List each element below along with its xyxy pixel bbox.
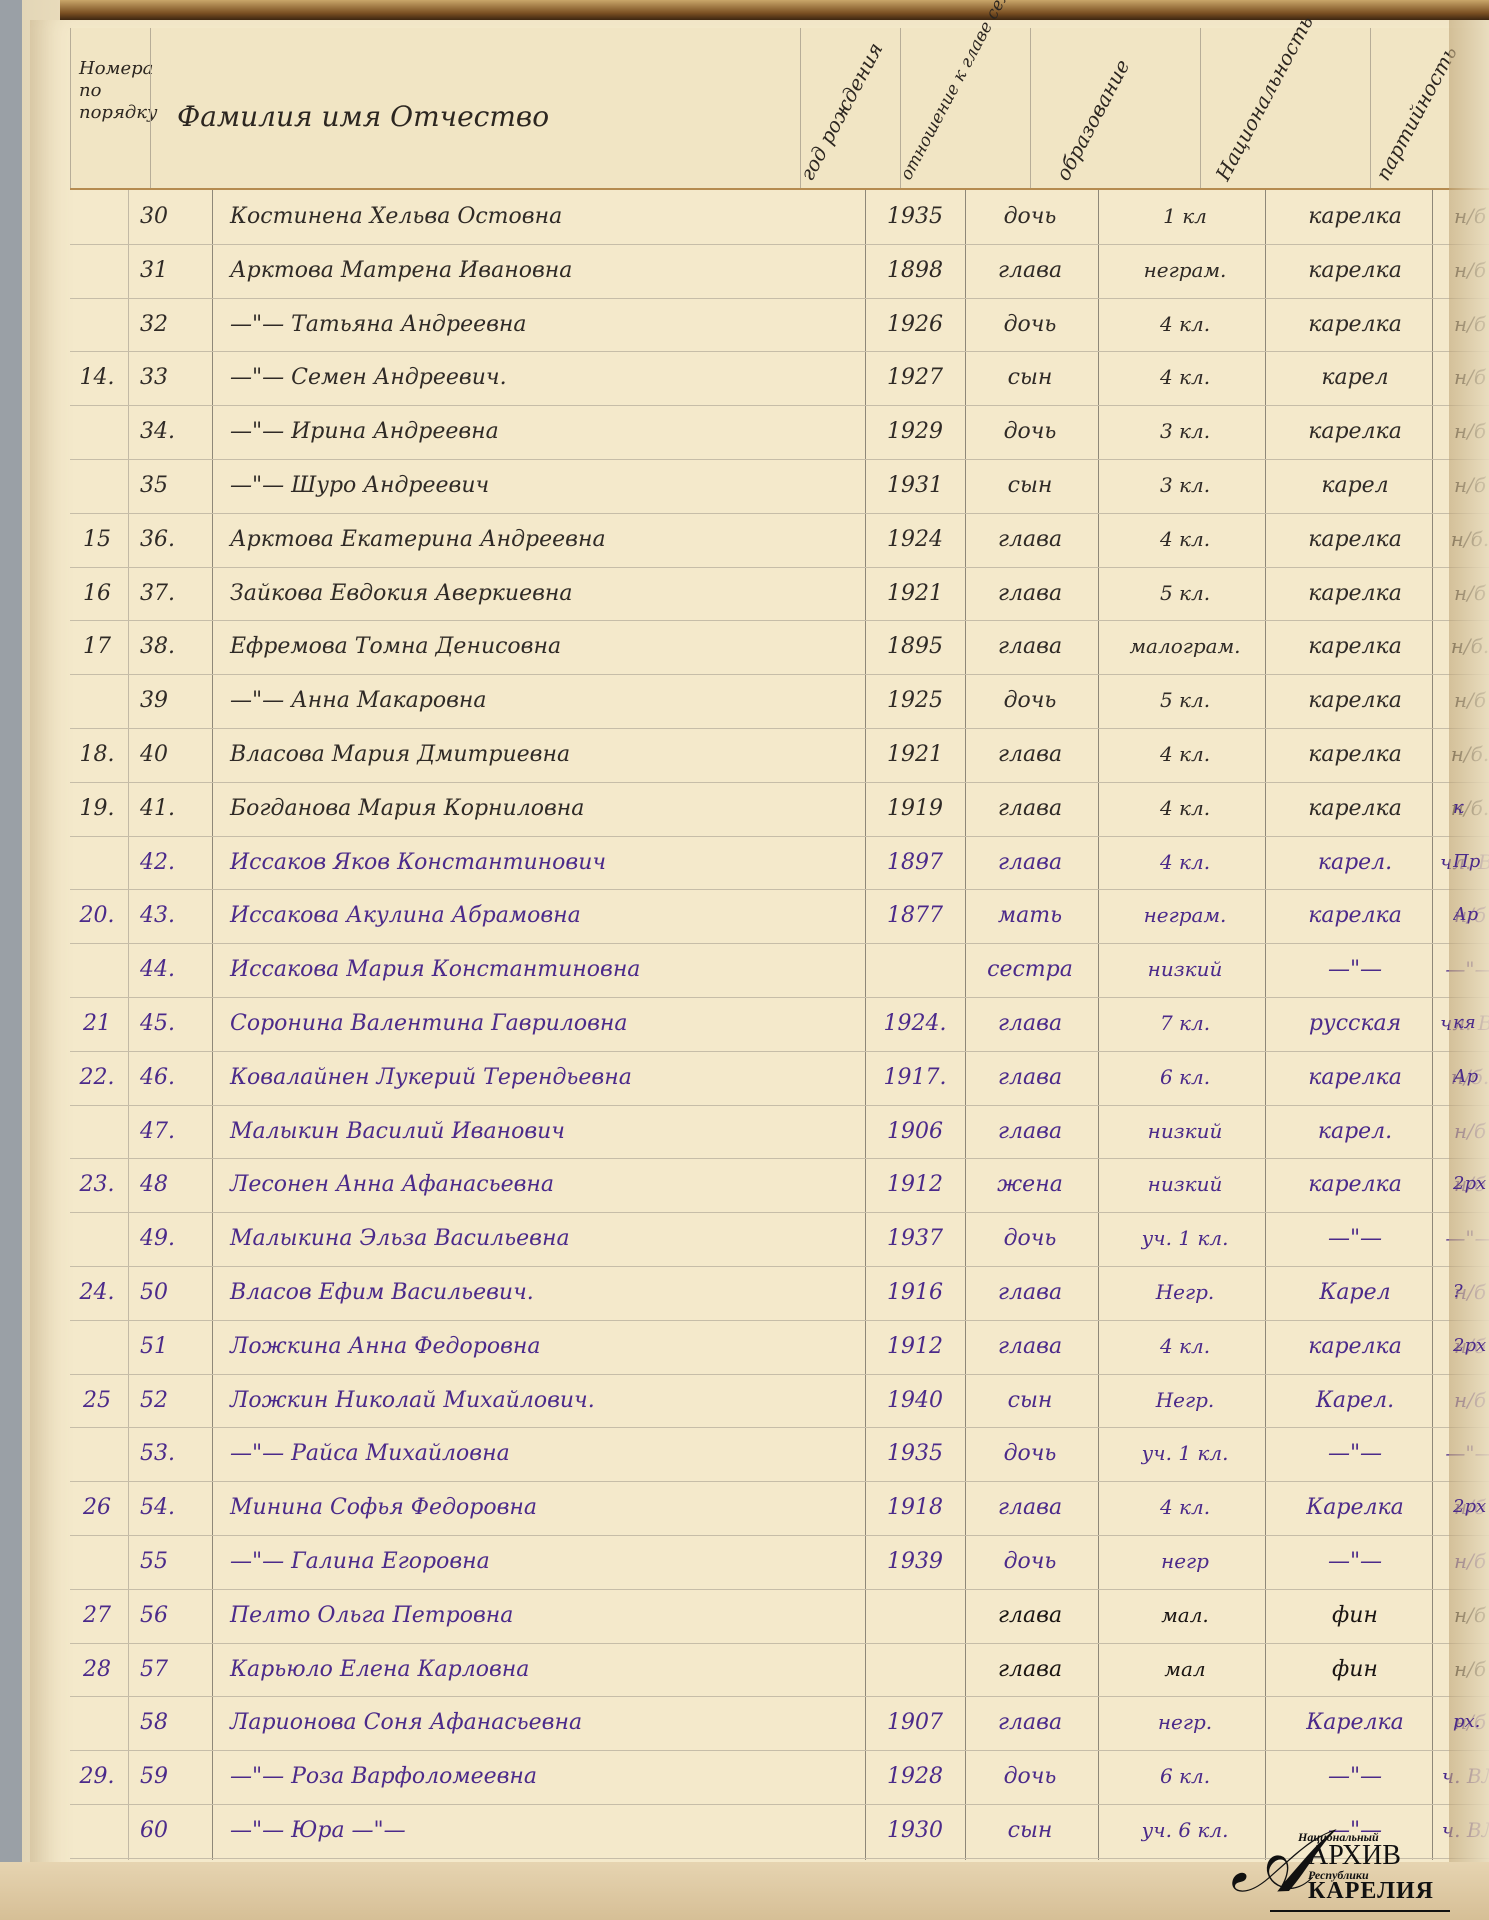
full-name: Ковалайнен Лукерий Терендьевна <box>220 1051 870 1105</box>
education: 4 кл. <box>1100 728 1270 782</box>
full-name: Арктова Екатерина Андреевна <box>220 513 870 567</box>
full-name: —"— Юра —"— <box>220 1804 870 1858</box>
row-number: 36. <box>130 513 210 567</box>
adjacent-page-edge <box>1449 20 1489 1900</box>
table-row: 49.Малыкина Эльза Васильевна1937дочьуч. … <box>70 1212 1489 1267</box>
margin-note: 2рх. <box>1453 1164 1487 1204</box>
margin-count: 18. <box>72 728 122 782</box>
header-education-label: образование <box>1052 56 1134 184</box>
header-name-label: Фамилия имя Отчество <box>177 106 549 128</box>
relation-to-head: жена <box>970 1158 1090 1212</box>
full-name: Власова Мария Дмитриевна <box>220 728 870 782</box>
table-row: 47.Малыкин Василий Иванович1906главанизк… <box>70 1105 1489 1160</box>
margin-count: 15 <box>72 513 122 567</box>
row-number: 47. <box>130 1105 210 1159</box>
full-name: —"— Роза Варфоломеевна <box>220 1750 870 1804</box>
full-name: Зайкова Евдокия Аверкиевна <box>220 567 870 621</box>
row-number: 57 <box>130 1643 210 1697</box>
birth-year: 1919 <box>870 782 960 836</box>
nationality: карелка <box>1270 513 1440 567</box>
margin-count: 23. <box>72 1158 122 1212</box>
row-number: 39 <box>130 674 210 728</box>
table-header: Номера по порядку Фамилия имя Отчество г… <box>70 28 1489 190</box>
relation-to-head: дочь <box>970 1212 1090 1266</box>
table-row: 20.43.Иссакова Акулина Абрамовна1877мать… <box>70 889 1489 944</box>
education: негр <box>1100 1535 1270 1589</box>
row-number: 30 <box>130 190 210 244</box>
education: малограм. <box>1100 620 1270 674</box>
archive-logo-icon: 𝒜 <box>1230 1812 1313 1914</box>
nationality: Карелка <box>1270 1696 1440 1750</box>
margin-note: рх. <box>1453 1702 1487 1742</box>
table-row: 2756Пелто Ольга Петровнаглавамал.финн/б <box>70 1589 1489 1644</box>
full-name: Иссакова Мария Константиновна <box>220 943 870 997</box>
education: 4 кл. <box>1100 351 1270 405</box>
education: мал <box>1100 1643 1270 1697</box>
margin-count <box>72 459 122 513</box>
birth-year: 1929 <box>870 405 960 459</box>
birth-year: 1895 <box>870 620 960 674</box>
margin-count <box>72 674 122 728</box>
margin-note: ? <box>1453 1272 1487 1312</box>
relation-to-head: дочь <box>970 405 1090 459</box>
margin-count <box>72 1427 122 1481</box>
education: 4 кл. <box>1100 513 1270 567</box>
margin-count: 21 <box>72 997 122 1051</box>
nationality: Карелка <box>1270 1481 1440 1535</box>
relation-to-head: мать <box>970 889 1090 943</box>
relation-to-head: сын <box>970 459 1090 513</box>
row-number: 52 <box>130 1374 210 1428</box>
birth-year: 1925 <box>870 674 960 728</box>
relation-to-head: сестра <box>970 943 1090 997</box>
full-name: Малыкина Эльза Васильевна <box>220 1212 870 1266</box>
birth-year: 1924 <box>870 513 960 567</box>
nationality: карелка <box>1270 244 1440 298</box>
table-row: 1738.Ефремова Томна Денисовна1895главама… <box>70 620 1489 675</box>
nationality: карел. <box>1270 1105 1440 1159</box>
row-number: 59 <box>130 1750 210 1804</box>
full-name: Иссакова Акулина Абрамовна <box>220 889 870 943</box>
birth-year: 1921 <box>870 728 960 782</box>
birth-year: 1916 <box>870 1266 960 1320</box>
education: 5 кл. <box>1100 567 1270 621</box>
full-name: Ефремова Томна Денисовна <box>220 620 870 674</box>
table-row: 51Ложкина Анна Федоровна1912глава4 кл.ка… <box>70 1320 1489 1375</box>
full-name: —"— Райса Михайловна <box>220 1427 870 1481</box>
nationality: карелка <box>1270 1320 1440 1374</box>
nationality: карелка <box>1270 298 1440 352</box>
birth-year: 1931 <box>870 459 960 513</box>
birth-year: 1912 <box>870 1320 960 1374</box>
table-row: 55—"— Галина Егоровна1939дочьнегр—"—н/б <box>70 1535 1489 1590</box>
margin-note: Ар <box>1453 1057 1487 1097</box>
relation-to-head: глава <box>970 244 1090 298</box>
row-number: 50 <box>130 1266 210 1320</box>
full-name: —"— Ирина Андреевна <box>220 405 870 459</box>
header-education: образование <box>1030 28 1201 188</box>
row-number: 44. <box>130 943 210 997</box>
education: 4 кл. <box>1100 1481 1270 1535</box>
birth-year: 1924. <box>870 997 960 1051</box>
table-row: 24.50Власов Ефим Васильевич.1916главаНег… <box>70 1266 1489 1321</box>
table-row: 29.59—"— Роза Варфоломеевна1928дочь6 кл.… <box>70 1750 1489 1805</box>
education: 3 кл. <box>1100 405 1270 459</box>
birth-year: 1937 <box>870 1212 960 1266</box>
table-row: 18.40Власова Мария Дмитриевна1921глава4 … <box>70 728 1489 783</box>
margin-count <box>72 1804 122 1858</box>
row-number: 34. <box>130 405 210 459</box>
birth-year: 1926 <box>870 298 960 352</box>
table-row: 58Ларионова Соня Афанасьевна1907главанег… <box>70 1696 1489 1751</box>
birth-year: 1898 <box>870 244 960 298</box>
table-row: 19.41.Богданова Мария Корниловна1919глав… <box>70 782 1489 837</box>
education: 4 кл. <box>1100 836 1270 890</box>
relation-to-head: сын <box>970 1374 1090 1428</box>
birth-year: 1928 <box>870 1750 960 1804</box>
table-row: 23.48Лесонен Анна Афанасьевна1912женаниз… <box>70 1158 1489 1213</box>
nationality: карел <box>1270 459 1440 513</box>
row-number: 33 <box>130 351 210 405</box>
birth-year: 1939 <box>870 1535 960 1589</box>
birth-year: 1921 <box>870 567 960 621</box>
row-number: 35 <box>130 459 210 513</box>
register-table: 30Костинена Хельва Остовна1935дочь1 клка… <box>70 190 1489 1860</box>
margin-count: 28 <box>72 1643 122 1697</box>
relation-to-head: дочь <box>970 674 1090 728</box>
header-relation: отношение к главе семьи <box>900 28 1031 188</box>
row-number: 43. <box>130 889 210 943</box>
margin-count: 27 <box>72 1589 122 1643</box>
relation-to-head: глава <box>970 1643 1090 1697</box>
birth-year: 1917. <box>870 1051 960 1105</box>
table-row: 2654.Минина Софья Федоровна1918глава4 кл… <box>70 1481 1489 1536</box>
full-name: Лесонен Анна Афанасьевна <box>220 1158 870 1212</box>
full-name: —"— Анна Макаровна <box>220 674 870 728</box>
header-year: год рождения <box>800 28 901 188</box>
nationality: карелка <box>1270 728 1440 782</box>
nationality: —"— <box>1270 1750 1440 1804</box>
table-row: 1637.Зайкова Евдокия Аверкиевна1921глава… <box>70 567 1489 622</box>
nationality: карелка <box>1270 620 1440 674</box>
nationality: Карел. <box>1270 1374 1440 1428</box>
margin-count: 17 <box>72 620 122 674</box>
relation-to-head: дочь <box>970 1750 1090 1804</box>
margin-count: 22. <box>72 1051 122 1105</box>
birth-year: 1927 <box>870 351 960 405</box>
nationality: карел <box>1270 351 1440 405</box>
birth-year: 1940 <box>870 1374 960 1428</box>
margin-count: 14. <box>72 351 122 405</box>
book-top-edge <box>60 0 1489 22</box>
nationality: —"— <box>1270 943 1440 997</box>
relation-to-head: глава <box>970 1266 1090 1320</box>
margin-note: Пр <box>1453 842 1487 882</box>
margin-count <box>72 1212 122 1266</box>
header-party-label: партийность <box>1372 42 1461 184</box>
relation-to-head: глава <box>970 1051 1090 1105</box>
row-number: 40 <box>130 728 210 782</box>
full-name: —"— Татьяна Андреевна <box>220 298 870 352</box>
table-row: 32—"— Татьяна Андреевна1926дочь4 кл.каре… <box>70 298 1489 353</box>
education: негр. <box>1100 1696 1270 1750</box>
nationality: фин <box>1270 1643 1440 1697</box>
table-row: 2857Карьюло Елена Карловнаглавамалфинн/б <box>70 1643 1489 1698</box>
relation-to-head: глава <box>970 1696 1090 1750</box>
row-number: 45. <box>130 997 210 1051</box>
header-nationality-label: Национальность <box>1212 12 1317 184</box>
table-row: 2145.Соронина Валентина Гавриловна1924.г… <box>70 997 1489 1052</box>
row-number: 41. <box>130 782 210 836</box>
relation-to-head: глава <box>970 1481 1090 1535</box>
relation-to-head: дочь <box>970 1427 1090 1481</box>
nationality: русская <box>1270 997 1440 1051</box>
education: 3 кл. <box>1100 459 1270 513</box>
birth-year: 1907 <box>870 1696 960 1750</box>
education: 5 кл. <box>1100 674 1270 728</box>
full-name: —"— Галина Егоровна <box>220 1535 870 1589</box>
nationality: карелка <box>1270 405 1440 459</box>
margin-count <box>72 1320 122 1374</box>
full-name: Иссаков Яков Константинович <box>220 836 870 890</box>
full-name: Костинена Хельва Остовна <box>220 190 870 244</box>
table-row: 1536.Арктова Екатерина Андреевна1924глав… <box>70 513 1489 568</box>
row-number: 32 <box>130 298 210 352</box>
margin-count: 19. <box>72 782 122 836</box>
education: уч. 1 кл. <box>1100 1212 1270 1266</box>
education: 4 кл. <box>1100 298 1270 352</box>
education: мал. <box>1100 1589 1270 1643</box>
margin-count <box>72 1535 122 1589</box>
row-number: 56 <box>130 1589 210 1643</box>
row-number: 55 <box>130 1535 210 1589</box>
row-number: 37. <box>130 567 210 621</box>
relation-to-head: дочь <box>970 1535 1090 1589</box>
full-name: Минина Софья Федоровна <box>220 1481 870 1535</box>
nationality: карел. <box>1270 836 1440 890</box>
nationality: Карел <box>1270 1266 1440 1320</box>
header-name: Фамилия имя Отчество <box>150 28 801 188</box>
birth-year: 1918 <box>870 1481 960 1535</box>
nationality: карелка <box>1270 889 1440 943</box>
nationality: карелка <box>1270 1158 1440 1212</box>
nationality: —"— <box>1270 1212 1440 1266</box>
table-row: 34.—"— Ирина Андреевна1929дочь3 кл.карел… <box>70 405 1489 460</box>
row-number: 49. <box>130 1212 210 1266</box>
nationality: карелка <box>1270 674 1440 728</box>
margin-count <box>72 405 122 459</box>
table-row: 30Костинена Хельва Остовна1935дочь1 клка… <box>70 190 1489 245</box>
birth-year: 1897 <box>870 836 960 890</box>
education: низкий <box>1100 1158 1270 1212</box>
full-name: —"— Семен Андреевич. <box>220 351 870 405</box>
birth-year: 1912 <box>870 1158 960 1212</box>
education: 4 кл. <box>1100 782 1270 836</box>
education: 4 кл. <box>1100 1320 1270 1374</box>
relation-to-head: сын <box>970 1804 1090 1858</box>
full-name: Ложкина Анна Федоровна <box>220 1320 870 1374</box>
relation-to-head: глава <box>970 782 1090 836</box>
margin-note: кя <box>1453 1003 1487 1043</box>
margin-count: 20. <box>72 889 122 943</box>
header-nationality: Национальность <box>1200 28 1371 188</box>
watermark-quill-line <box>1270 1910 1450 1912</box>
header-year-label: год рождения <box>796 39 887 184</box>
education: неграм. <box>1100 889 1270 943</box>
education: низкий <box>1100 943 1270 997</box>
relation-to-head: дочь <box>970 298 1090 352</box>
archive-watermark: 𝒜 Национальный АРХИВ Республики КАРЕЛИЯ <box>1230 1820 1480 1915</box>
margin-count <box>72 836 122 890</box>
relation-to-head: глава <box>970 1105 1090 1159</box>
relation-to-head: глава <box>970 1589 1090 1643</box>
row-number: 54. <box>130 1481 210 1535</box>
education: Негр. <box>1100 1266 1270 1320</box>
education: низкий <box>1100 1105 1270 1159</box>
nationality: —"— <box>1270 1535 1440 1589</box>
row-number: 58 <box>130 1696 210 1750</box>
relation-to-head: глава <box>970 728 1090 782</box>
margin-note: Ар <box>1453 895 1487 935</box>
relation-to-head: глава <box>970 567 1090 621</box>
table-row: 22.46.Ковалайнен Лукерий Терендьевна1917… <box>70 1051 1489 1106</box>
birth-year <box>870 1589 960 1643</box>
full-name: Карьюло Елена Карловна <box>220 1643 870 1697</box>
table-row: 2552Ложкин Николай Михайлович.1940сынНег… <box>70 1374 1489 1429</box>
table-row: 35—"— Шуро Андреевич1931сын3 кл.карелн/б <box>70 459 1489 514</box>
table-row: 44.Иссакова Мария Константиновнасестрани… <box>70 943 1489 998</box>
nationality: —"— <box>1270 1427 1440 1481</box>
margin-count <box>72 1696 122 1750</box>
nationality: карелка <box>1270 567 1440 621</box>
margin-note: к <box>1453 788 1487 828</box>
row-number: 38. <box>130 620 210 674</box>
full-name: Богданова Мария Корниловна <box>220 782 870 836</box>
row-number: 51 <box>130 1320 210 1374</box>
header-number-label: Номера по порядку <box>79 58 149 124</box>
full-name: Соронина Валентина Гавриловна <box>220 997 870 1051</box>
margin-count <box>72 298 122 352</box>
education: 7 кл. <box>1100 997 1270 1051</box>
education: 6 кл. <box>1100 1750 1270 1804</box>
row-number: 31 <box>130 244 210 298</box>
relation-to-head: глава <box>970 513 1090 567</box>
margin-count <box>72 244 122 298</box>
margin-count: 24. <box>72 1266 122 1320</box>
full-name: Арктова Матрена Ивановна <box>220 244 870 298</box>
table-row: 53.—"— Райса Михайловна1935дочьуч. 1 кл.… <box>70 1427 1489 1482</box>
row-number: 46. <box>130 1051 210 1105</box>
margin-note: 2рх. <box>1453 1326 1487 1366</box>
full-name: Ложкин Николай Михайлович. <box>220 1374 870 1428</box>
full-name: Пелто Ольга Петровна <box>220 1589 870 1643</box>
margin-note: 2рх. <box>1453 1487 1487 1527</box>
table-row: 42.Иссаков Яков Константинович1897глава4… <box>70 836 1489 891</box>
birth-year: 1930 <box>870 1804 960 1858</box>
header-number: Номера по порядку <box>70 28 151 188</box>
table-row: 31Арктова Матрена Ивановна1898главанегра… <box>70 244 1489 299</box>
row-number: 53. <box>130 1427 210 1481</box>
margin-count <box>72 1105 122 1159</box>
relation-to-head: глава <box>970 997 1090 1051</box>
birth-year: 1935 <box>870 190 960 244</box>
margin-count <box>72 190 122 244</box>
relation-to-head: глава <box>970 620 1090 674</box>
row-number: 60 <box>130 1804 210 1858</box>
education: 6 кл. <box>1100 1051 1270 1105</box>
nationality: карелка <box>1270 190 1440 244</box>
watermark-line4: КАРЕЛИЯ <box>1308 1878 1434 1905</box>
relation-to-head: сын <box>970 351 1090 405</box>
table-row: 14.33—"— Семен Андреевич.1927сын4 кл.кар… <box>70 351 1489 406</box>
table-row: 39—"— Анна Макаровна1925дочь5 кл.карелка… <box>70 674 1489 729</box>
nationality: карелка <box>1270 782 1440 836</box>
full-name: Власов Ефим Васильевич. <box>220 1266 870 1320</box>
birth-year: 1935 <box>870 1427 960 1481</box>
margin-count: 26 <box>72 1481 122 1535</box>
relation-to-head: глава <box>970 836 1090 890</box>
education: неграм. <box>1100 244 1270 298</box>
education: Негр. <box>1100 1374 1270 1428</box>
nationality: карелка <box>1270 1051 1440 1105</box>
education: уч. 1 кл. <box>1100 1427 1270 1481</box>
education: 1 кл <box>1100 190 1270 244</box>
full-name: Малыкин Василий Иванович <box>220 1105 870 1159</box>
header-relation-label: отношение к главе семьи <box>896 0 1026 184</box>
margin-count: 29. <box>72 1750 122 1804</box>
birth-year <box>870 943 960 997</box>
row-number: 42. <box>130 836 210 890</box>
nationality: фин <box>1270 1589 1440 1643</box>
birth-year <box>870 1643 960 1697</box>
relation-to-head: глава <box>970 1320 1090 1374</box>
full-name: —"— Шуро Андреевич <box>220 459 870 513</box>
full-name: Ларионова Соня Афанасьевна <box>220 1696 870 1750</box>
row-number: 48 <box>130 1158 210 1212</box>
relation-to-head: дочь <box>970 190 1090 244</box>
margin-count: 16 <box>72 567 122 621</box>
margin-count <box>72 943 122 997</box>
birth-year: 1877 <box>870 889 960 943</box>
margin-count: 25 <box>72 1374 122 1428</box>
birth-year: 1906 <box>870 1105 960 1159</box>
